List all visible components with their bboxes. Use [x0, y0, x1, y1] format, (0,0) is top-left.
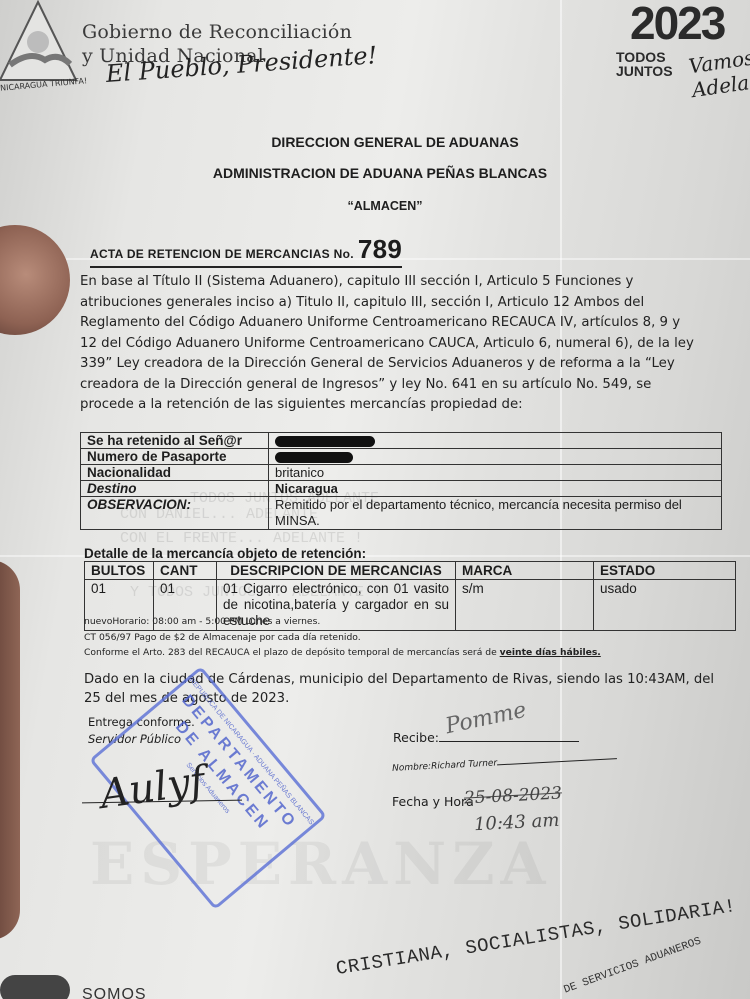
redaction-bar — [275, 436, 375, 447]
info-label: Destino — [81, 481, 269, 497]
campaign-line-2: JUNTOS — [616, 64, 673, 78]
heading-direccion: DIRECCION GENERAL DE ADUANAS — [40, 134, 750, 150]
table-row: Destino Nicaragua — [81, 481, 722, 497]
info-value: britanico — [269, 465, 722, 481]
nombre-field: Nombre:Richard Turner — [392, 752, 617, 774]
table-row: Numero de Pasaporte — [81, 449, 722, 465]
campaign-line-1: TODOS — [616, 50, 673, 64]
acta-label: ACTA DE RETENCION DE MERCANCIAS No. — [90, 247, 354, 261]
legal-paragraph: En base al Título II (Sistema Aduanero),… — [80, 272, 700, 416]
gov-line-1: Gobierno de Reconciliación — [82, 20, 352, 44]
info-value-redacted — [269, 449, 722, 465]
heading-administracion: ADMINISTRACION DE ADUANA PEÑAS BLANCAS — [10, 165, 750, 181]
note-horario: nuevoHorario: 08:00 am - 5:00 PM Lunes a… — [84, 614, 601, 630]
holder-info-table: Se ha retenido al Señ@r Numero de Pasapo… — [80, 432, 722, 530]
info-label: OBSERVACION: — [81, 497, 269, 530]
campaign-text: TODOS JUNTOS — [616, 50, 673, 78]
table-row: Se ha retenido al Señ@r — [81, 433, 722, 449]
acta-number: 789 — [358, 234, 402, 264]
thumb — [0, 225, 70, 335]
goods-title: Detalle de la mercancía objeto de retenc… — [84, 546, 366, 561]
nombre-label: Nombre:Richard Turner — [392, 758, 498, 773]
heading-area: “ALMACEN” — [20, 199, 750, 213]
year-number: 2023 — [630, 0, 724, 50]
recibe-label: Recibe: — [393, 730, 439, 745]
column-header: MARCA — [456, 562, 594, 580]
notes: nuevoHorario: 08:00 am - 5:00 PM Lunes a… — [84, 614, 601, 661]
nombre-line — [497, 758, 617, 765]
table-row: OBSERVACION: Remitido por el departament… — [81, 497, 722, 530]
finger — [0, 560, 20, 940]
info-label: Numero de Pasaporte — [81, 449, 269, 465]
info-value-redacted — [269, 433, 722, 449]
info-value: Nicaragua — [269, 481, 722, 497]
table-header-row: BULTOS CANT DESCRIPCION DE MERCANCIAS MA… — [85, 562, 736, 580]
column-header: DESCRIPCION DE MERCANCIAS — [217, 562, 456, 580]
cell-estado: usado — [594, 580, 736, 631]
watermark-line: CON EL FRENTE... ADELANTE ! — [120, 530, 363, 547]
column-header: BULTOS — [85, 562, 154, 580]
note-plazo: Conforme el Arto. 283 del RECAUCA el pla… — [84, 645, 601, 661]
column-header: CANT — [154, 562, 217, 580]
note-pago: CT 056/97 Pago de $2 de Almacenaje por c… — [84, 630, 601, 646]
nicaragua-emblem-icon — [0, 0, 80, 90]
acta-title: ACTA DE RETENCION DE MERCANCIAS No.789 — [90, 234, 402, 268]
fecha-handwritten: 25-08-2023 — [464, 783, 563, 808]
hora-handwritten: 10:43 am — [474, 810, 560, 835]
redaction-bar — [275, 452, 353, 463]
footer-right-small: DE SERVICIOS ADUANEROS — [562, 936, 703, 997]
campaign-script: Vamos Adelante — [687, 42, 750, 102]
table-row: Nacionalidad britanico — [81, 465, 722, 481]
recibe-field: Recibe: — [393, 730, 579, 745]
info-value: Remitido por el departamento técnico, me… — [269, 497, 722, 530]
footer-right-text: CRISTIANA, SOCIALISTAS, SOLIDARIA! — [335, 895, 738, 980]
recibe-line — [439, 741, 579, 742]
info-label: Nacionalidad — [81, 465, 269, 481]
column-header: ESTADO — [594, 562, 736, 580]
note-plazo-emphasis: veinte días hábiles. — [500, 647, 601, 658]
info-label: Se ha retenido al Señ@r — [81, 433, 269, 449]
note-plazo-text: Conforme el Arto. 283 del RECAUCA el pla… — [84, 647, 500, 658]
footer-graphic — [0, 975, 70, 999]
fecha-label: Fecha y Hora — [392, 794, 474, 809]
footer-left-text: SOMOS — [82, 986, 147, 999]
year-logo: 2023 TODOS JUNTOS Vamos Adelante — [630, 0, 750, 100]
